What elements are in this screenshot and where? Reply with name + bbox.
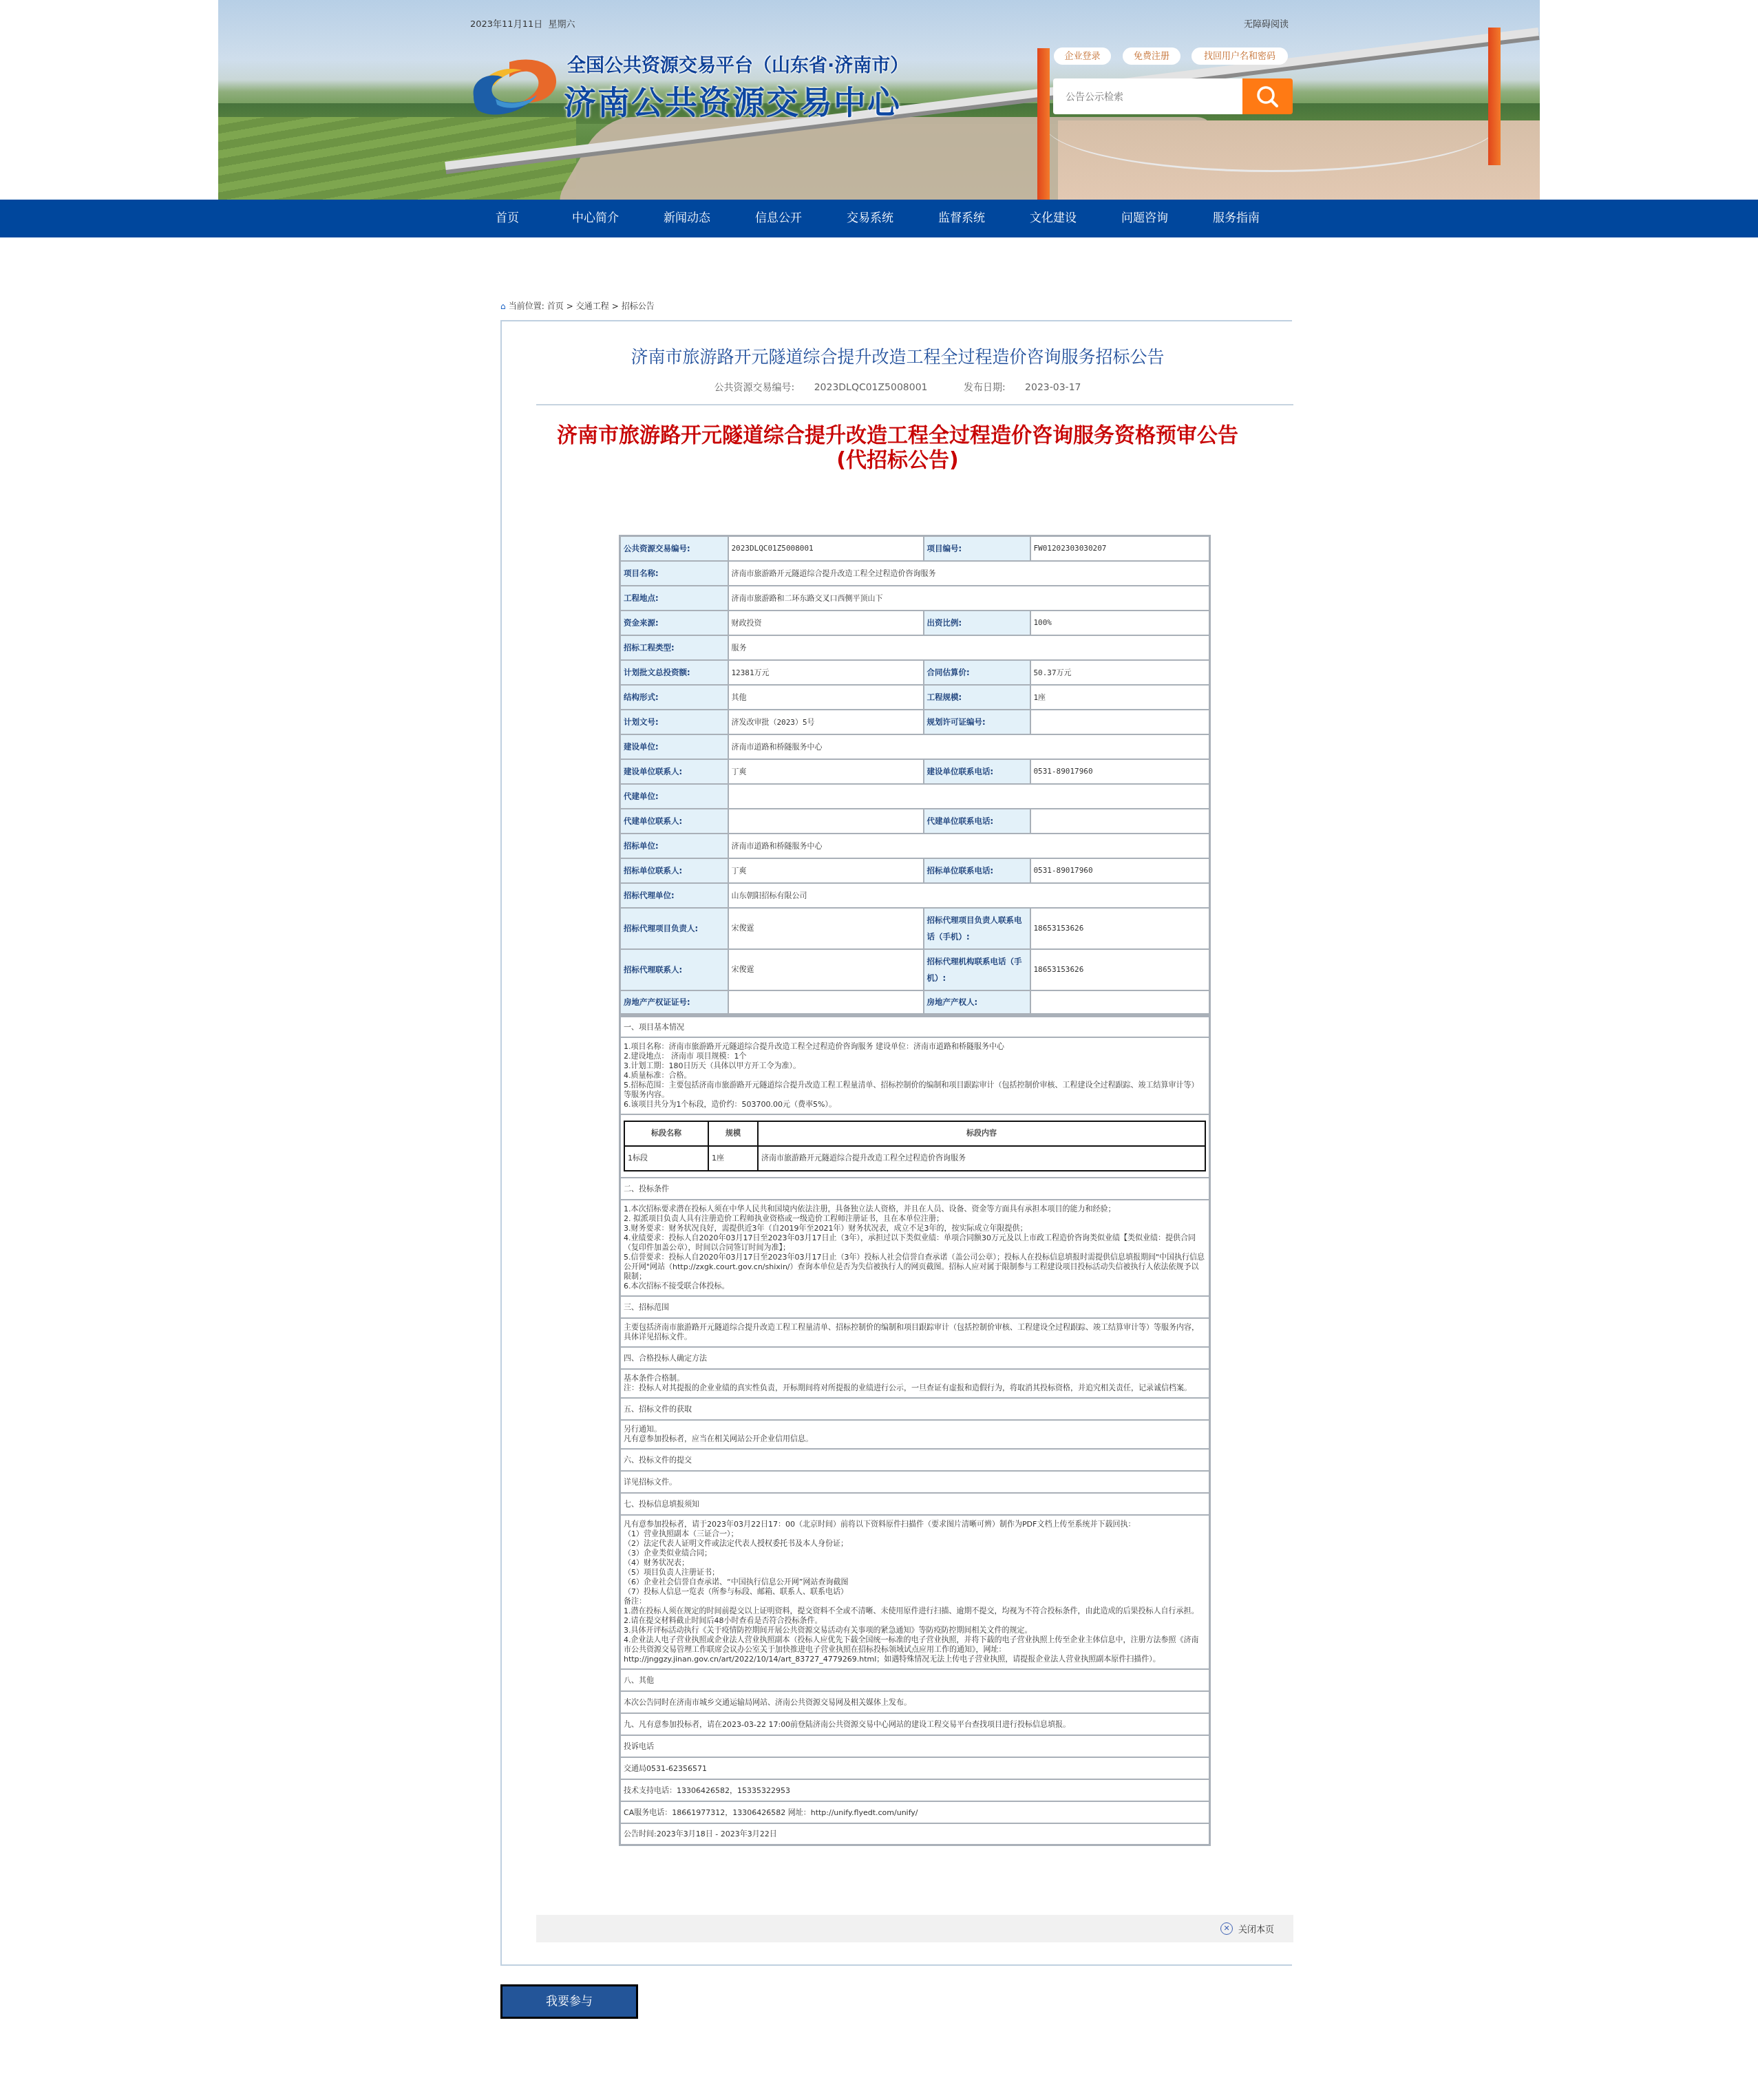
section-title: 八、其他 bbox=[620, 1669, 1210, 1691]
body-line: 4.质量标准：合格。 bbox=[624, 1071, 1206, 1081]
section-title: 四、合格投标人确定方法 bbox=[620, 1347, 1210, 1369]
lot-name: 1标段 bbox=[624, 1146, 708, 1171]
table-row: 技术支持电话：13306426582，15335322953 bbox=[620, 1779, 1210, 1801]
lots-header-row: 标段名称 规模 标段内容 bbox=[624, 1121, 1205, 1146]
breadcrumb-separator: > bbox=[612, 301, 619, 311]
search-button[interactable] bbox=[1242, 78, 1293, 114]
field-value: 济南市旅游路和二环东路交叉口西侧平顶山下 bbox=[728, 586, 1210, 611]
field-label: 房地产产权证证号: bbox=[620, 990, 728, 1015]
body-line: 6.本次招标不接受联合体投标。 bbox=[624, 1282, 1206, 1291]
field-value: 济南市道路和桥隧服务中心 bbox=[728, 734, 1210, 759]
field-value: 服务 bbox=[728, 635, 1210, 660]
field-value: 丁爽 bbox=[728, 858, 924, 883]
publish-date-label: 发布日期: bbox=[964, 382, 1006, 393]
body-line: 2.建设地点： 济南市 项目规模：1个 bbox=[624, 1052, 1206, 1061]
table-row: CA服务电话：18661977312，13306426582 网址：http:/… bbox=[620, 1801, 1210, 1823]
field-value: 0531-89017960 bbox=[1030, 759, 1210, 784]
field-value bbox=[1030, 809, 1210, 834]
title-divider bbox=[536, 404, 1293, 405]
field-value bbox=[728, 784, 1210, 809]
field-label: 代建单位: bbox=[620, 784, 728, 809]
trade-no-value: 2023DLQC01Z5008001 bbox=[814, 382, 928, 393]
table-row: 交通局0531-62356571 bbox=[620, 1757, 1210, 1779]
body-line: （4）财务状况表； bbox=[624, 1558, 1206, 1568]
body-line: 基本条件合格制。 bbox=[624, 1374, 1206, 1383]
field-label: 建设单位联系电话: bbox=[924, 759, 1030, 784]
document-title-line2: (代招标公告) bbox=[529, 448, 1266, 473]
nav-item-service-guide[interactable]: 服务指南 bbox=[1213, 200, 1260, 237]
lots-header: 规模 bbox=[708, 1121, 758, 1146]
body-line: 4.业绩要求：投标人自2020年03月17日至2023年03月17日止（3年），… bbox=[624, 1233, 1206, 1253]
section-body: 主要包括济南市旅游路开元隧道综合提升改造工程工程量清单、招标控制价的编制和项目跟… bbox=[620, 1318, 1210, 1347]
body-line: （5）项目负责人注册证书； bbox=[624, 1568, 1206, 1578]
table-row: 建设单位: 济南市道路和桥隧服务中心 bbox=[620, 734, 1210, 759]
body-line: 凡有意参加投标者，应当在相关网站公开企业信用信息。 bbox=[624, 1434, 1206, 1444]
free-register-link[interactable]: 免费注册 bbox=[1123, 47, 1180, 65]
field-label: 招标单位联系人: bbox=[620, 858, 728, 883]
section-body: 凡有意参加投标者，请于2023年03月22日17：00（北京时间）前将以下资料原… bbox=[620, 1515, 1210, 1669]
table-row: 公告时间:2023年3月18日 - 2023年3月22日 bbox=[620, 1823, 1210, 1845]
platform-name: 全国公共资源交易平台（山东省·济南市） bbox=[567, 50, 909, 77]
breadcrumb-separator: > bbox=[566, 301, 573, 311]
body-line: （6）企业社会信誉自查承诺、“中国执行信息公开网”网站查询截图 bbox=[624, 1578, 1206, 1587]
section-title: 六、投标文件的提交 bbox=[620, 1449, 1210, 1471]
breadcrumb-prefix: 当前位置: bbox=[509, 300, 544, 312]
field-value: 济南市道路和桥隧服务中心 bbox=[728, 834, 1210, 858]
section-title: 九、凡有意参加投标者，请在2023-03-22 17:00前登陆济南公共资源交易… bbox=[620, 1713, 1210, 1735]
body-line: 6.该项目共分为1个标段，造价约：503700.00元（费率5%）。 bbox=[624, 1100, 1206, 1110]
center-name: 济南公共资源交易中心 bbox=[564, 77, 901, 123]
lots-table: 标段名称 规模 标段内容 1标段 1座 济南市旅游路开元隧道综合提升改造工程全过… bbox=[624, 1121, 1206, 1171]
banner-bridge-tower bbox=[1488, 28, 1501, 165]
section-body: 1.项目名称：济南市旅游路开元隧道综合提升改造工程全过程造价咨询服务 建设单位：… bbox=[620, 1037, 1210, 1114]
field-label: 代建单位联系电话: bbox=[924, 809, 1030, 834]
field-label: 出资比例: bbox=[924, 611, 1030, 635]
section-heading-row: 四、合格投标人确定方法 bbox=[620, 1347, 1210, 1369]
field-label: 项目编号: bbox=[924, 536, 1030, 561]
section-title: 三、招标范围 bbox=[620, 1296, 1210, 1318]
lot-scale: 1座 bbox=[708, 1146, 758, 1171]
nav-item-supervision-system[interactable]: 监督系统 bbox=[938, 200, 985, 237]
field-label: 招标代理项目负责人联系电话（手机）: bbox=[924, 908, 1030, 949]
field-value bbox=[728, 809, 924, 834]
section-body-row: 基本条件合格制。 注：投标人对其提报的企业业绩的真实性负责，开标期间将对所提报的… bbox=[620, 1369, 1210, 1398]
body-line: 另行通知。 bbox=[624, 1425, 1206, 1434]
body-line: 2.请在提交材料截止时间后48小时查看是否符合投标条件。 bbox=[624, 1616, 1206, 1626]
table-row: 代建单位联系人: 代建单位联系电话: bbox=[620, 809, 1210, 834]
field-value bbox=[1030, 990, 1210, 1015]
field-label: 工程规模: bbox=[924, 685, 1030, 710]
section-body: 详见招标文件。 bbox=[620, 1471, 1210, 1493]
section-heading-row: 六、投标文件的提交 bbox=[620, 1449, 1210, 1471]
section-body-row: 1.本次招标要求潜在投标人须在中华人民共和国境内依法注册，具备独立法人资格，并且… bbox=[620, 1200, 1210, 1296]
section-body-row: 本次公告同时在济南市城乡交通运输局网站、济南公共资源交易网及相关媒体上发布。 bbox=[620, 1691, 1210, 1713]
lots-row: 标段名称 规模 标段内容 1标段 1座 济南市旅游路开元隧道综合提升改造工程全过… bbox=[620, 1114, 1210, 1178]
lots-header: 标段名称 bbox=[624, 1121, 708, 1146]
breadcrumb-home[interactable]: 首页 bbox=[547, 300, 564, 312]
participate-button[interactable]: 我要参与 bbox=[500, 1984, 638, 2019]
accessibility-link[interactable]: 无障碍阅读 bbox=[1244, 17, 1289, 30]
field-value: 18653153626 bbox=[1030, 949, 1210, 990]
field-value: 济南市旅游路开元隧道综合提升改造工程全过程造价咨询服务 bbox=[728, 561, 1210, 586]
table-row: 招标代理单位: 山东朝阳招标有限公司 bbox=[620, 883, 1210, 908]
field-value: 其他 bbox=[728, 685, 924, 710]
ca-service-info: CA服务电话：18661977312，13306426582 网址：http:/… bbox=[620, 1801, 1210, 1823]
banner-bridge-tower bbox=[1037, 48, 1050, 200]
field-label: 招标单位联系电话: bbox=[924, 858, 1030, 883]
field-value: 12381万元 bbox=[728, 660, 924, 685]
project-info-table: 公共资源交易编号: 2023DLQC01Z5008001 项目编号: FW012… bbox=[619, 535, 1211, 1846]
body-line: 3.计划工期：180日历天（具体以甲方开工令为准）。 bbox=[624, 1061, 1206, 1071]
lots-cell: 标段名称 规模 标段内容 1标段 1座 济南市旅游路开元隧道综合提升改造工程全过… bbox=[620, 1114, 1210, 1178]
section-body-row: 另行通知。 凡有意参加投标者，应当在相关网站公开企业信用信息。 bbox=[620, 1420, 1210, 1449]
date-text: 2023年11月11日 bbox=[470, 19, 542, 30]
field-value: FW01202303030207 bbox=[1030, 536, 1210, 561]
field-label: 计划批文总投资额: bbox=[620, 660, 728, 685]
field-value: 济发改审批（2023）5号 bbox=[728, 710, 924, 734]
field-label: 招标代理机构联系电话（手机）: bbox=[924, 949, 1030, 990]
section-body-row: 主要包括济南市旅游路开元隧道综合提升改造工程工程量清单、招标控制价的编制和项目跟… bbox=[620, 1318, 1210, 1347]
field-label: 项目名称: bbox=[620, 561, 728, 586]
field-label: 计划文号: bbox=[620, 710, 728, 734]
field-label: 招标代理单位: bbox=[620, 883, 728, 908]
table-row: 招标单位联系人: 丁爽 招标单位联系电话: 0531-89017960 bbox=[620, 858, 1210, 883]
field-label: 资金来源: bbox=[620, 611, 728, 635]
table-row: 公共资源交易编号: 2023DLQC01Z5008001 项目编号: FW012… bbox=[620, 536, 1210, 561]
section-body-row: 详见招标文件。 bbox=[620, 1471, 1210, 1493]
body-line: 3.具体开评标活动执行《关于疫情防控期间开展公共资源交易活动有关事项的紧急通知》… bbox=[624, 1626, 1206, 1635]
field-label: 公共资源交易编号: bbox=[620, 536, 728, 561]
nav-item-trading-system[interactable]: 交易系统 bbox=[847, 200, 893, 237]
table-row: 房地产产权证证号: 房地产产权人: bbox=[620, 990, 1210, 1015]
body-line: 5.招标范围：主要包括济南市旅游路开元隧道综合提升改造工程工程量清单、招标控制价… bbox=[624, 1081, 1206, 1100]
complaint-phone: 交通局0531-62356571 bbox=[620, 1757, 1210, 1779]
publish-date-value: 2023-03-17 bbox=[1025, 382, 1081, 393]
home-icon: ⌂ bbox=[500, 301, 506, 311]
document-title: 济南市旅游路开元隧道综合提升改造工程全过程造价咨询服务资格预审公告 (代招标公告… bbox=[529, 423, 1266, 473]
field-label: 建设单位联系人: bbox=[620, 759, 728, 784]
field-label: 招标单位: bbox=[620, 834, 728, 858]
center-logo-icon bbox=[468, 56, 564, 118]
field-value: 18653153626 bbox=[1030, 908, 1210, 949]
body-line: 1.项目名称：济南市旅游路开元隧道综合提升改造工程全过程造价咨询服务 建设单位：… bbox=[624, 1042, 1206, 1052]
article-container: 济南市旅游路开元隧道综合提升改造工程全过程造价咨询服务招标公告 公共资源交易编号… bbox=[500, 320, 1292, 1966]
article-title: 济南市旅游路开元隧道综合提升改造工程全过程造价咨询服务招标公告 bbox=[502, 343, 1293, 368]
section-title: 投诉电话 bbox=[620, 1735, 1210, 1757]
notice-period: 公告时间:2023年3月18日 - 2023年3月22日 bbox=[620, 1823, 1210, 1845]
recover-account-link[interactable]: 找回用户名和密码 bbox=[1192, 47, 1288, 65]
field-value bbox=[1030, 710, 1210, 734]
table-row: 招标工程类型: 服务 bbox=[620, 635, 1210, 660]
nav-item-consultation[interactable]: 问题咨询 bbox=[1121, 200, 1168, 237]
body-line: 1.潜在投标人须在规定的时间前提交以上证明资料，提交资料不全或不清晰、未使用原件… bbox=[624, 1606, 1206, 1616]
field-value: 财政投资 bbox=[728, 611, 924, 635]
table-row: 计划文号: 济发改审批（2023）5号 规划许可证编号: bbox=[620, 710, 1210, 734]
field-label: 招标代理联系人: bbox=[620, 949, 728, 990]
table-row: 招标代理项目负责人: 宋俊霆 招标代理项目负责人联系电话（手机）: 186531… bbox=[620, 908, 1210, 949]
field-value: 宋俊霆 bbox=[728, 908, 924, 949]
field-value: 2023DLQC01Z5008001 bbox=[728, 536, 924, 561]
body-line: 1.本次招标要求潜在投标人须在中华人民共和国境内依法注册，具备独立法人资格，并且… bbox=[624, 1205, 1206, 1214]
field-value: 0531-89017960 bbox=[1030, 858, 1210, 883]
breadcrumb: ⌂ 当前位置: 首页 > 交通工程 > 招标公告 bbox=[500, 300, 655, 312]
field-value: 山东朝阳招标有限公司 bbox=[728, 883, 1210, 908]
section-body: 另行通知。 凡有意参加投标者，应当在相关网站公开企业信用信息。 bbox=[620, 1420, 1210, 1449]
close-bar: ✕ 关闭本页 bbox=[536, 1915, 1293, 1942]
field-value: 50.37万元 bbox=[1030, 660, 1210, 685]
table-row: 1标段 1座 济南市旅游路开元隧道综合提升改造工程全过程造价咨询服务 bbox=[624, 1146, 1205, 1171]
field-label: 工程地点: bbox=[620, 586, 728, 611]
table-row: 资金来源: 财政投资 出资比例: 100% bbox=[620, 611, 1210, 635]
table-row: 结构形式: 其他 工程规模: 1座 bbox=[620, 685, 1210, 710]
table-row: 招标代理联系人: 宋俊霆 招标代理机构联系电话（手机）: 18653153626 bbox=[620, 949, 1210, 990]
body-line: （3）企业类似业绩合同； bbox=[624, 1549, 1206, 1558]
body-line: （1）营业执照副本（三证合一）； bbox=[624, 1529, 1206, 1539]
section-title: 五、招标文件的获取 bbox=[620, 1398, 1210, 1420]
section-title: 二、投标条件 bbox=[620, 1178, 1210, 1200]
nav-item-news[interactable]: 新闻动态 bbox=[664, 200, 710, 237]
trade-no-label: 公共资源交易编号: bbox=[714, 382, 795, 393]
section-heading-row: 七、投标信息填报须知 bbox=[620, 1493, 1210, 1515]
section-heading-row: 九、凡有意参加投标者，请在2023-03-22 17:00前登陆济南公共资源交易… bbox=[620, 1713, 1210, 1735]
field-value: 丁爽 bbox=[728, 759, 924, 784]
section-body: 1.本次招标要求潜在投标人须在中华人民共和国境内依法注册，具备独立法人资格，并且… bbox=[620, 1200, 1210, 1296]
lot-content: 济南市旅游路开元隧道综合提升改造工程全过程造价咨询服务 bbox=[758, 1146, 1205, 1171]
body-line: 备注： bbox=[624, 1597, 1206, 1606]
close-icon: ✕ bbox=[1220, 1922, 1233, 1935]
body-line: 3.财务要求：财务状况良好，需提供近3年（自2019年至2021年）财务状况表，… bbox=[624, 1224, 1206, 1233]
section-heading-row: 二、投标条件 bbox=[620, 1178, 1210, 1200]
field-value bbox=[728, 990, 924, 1015]
tech-support-phone: 技术支持电话：13306426582，15335322953 bbox=[620, 1779, 1210, 1801]
table-row: 招标单位: 济南市道路和桥隧服务中心 bbox=[620, 834, 1210, 858]
body-line: 4.企业法人电子营业执照或企业法人营业执照副本（投标人应优先下载全国统一标准的电… bbox=[624, 1635, 1206, 1664]
section-title: 七、投标信息填报须知 bbox=[620, 1493, 1210, 1515]
breadcrumb-tender-notice[interactable]: 招标公告 bbox=[622, 300, 655, 312]
nav-item-about[interactable]: 中心简介 bbox=[572, 200, 619, 237]
body-line: （7）投标人信息一览表（所参与标段、邮箱、联系人、联系电话） bbox=[624, 1587, 1206, 1597]
field-value: 1座 bbox=[1030, 685, 1210, 710]
field-label: 结构形式: bbox=[620, 685, 728, 710]
weekday-text: 星期六 bbox=[548, 19, 575, 30]
field-label: 合同估算价: bbox=[924, 660, 1030, 685]
section-body: 基本条件合格制。 注：投标人对其提报的企业业绩的真实性负责，开标期间将对所提报的… bbox=[620, 1369, 1210, 1398]
document-title-line1: 济南市旅游路开元隧道综合提升改造工程全过程造价咨询服务资格预审公告 bbox=[529, 423, 1266, 448]
body-line: 2. 拟派项目负责人具有注册造价工程师执业资格或一级造价工程师注册证书，且在本单… bbox=[624, 1214, 1206, 1224]
nav-item-home[interactable]: 首页 bbox=[496, 200, 519, 237]
field-value: 100% bbox=[1030, 611, 1210, 635]
nav-item-info-disclosure[interactable]: 信息公开 bbox=[755, 200, 802, 237]
body-line: 注：投标人对其提报的企业业绩的真实性负责，开标期间将对所提报的业绩进行公示，一旦… bbox=[624, 1383, 1206, 1393]
section-heading-row: 八、其他 bbox=[620, 1669, 1210, 1691]
section-heading-row: 三、招标范围 bbox=[620, 1296, 1210, 1318]
close-page-button[interactable]: ✕ 关闭本页 bbox=[1220, 1922, 1274, 1935]
notice-search-input[interactable] bbox=[1053, 78, 1243, 114]
body-line: 主要包括济南市旅游路开元隧道综合提升改造工程工程量清单、招标控制价的编制和项目跟… bbox=[624, 1323, 1206, 1342]
table-row: 工程地点: 济南市旅游路和二环东路交叉口西侧平顶山下 bbox=[620, 586, 1210, 611]
enterprise-login-link[interactable]: 企业登录 bbox=[1054, 47, 1111, 65]
main-nav: 首页 中心简介 新闻动态 信息公开 交易系统 监督系统 文化建设 问题咨询 服务… bbox=[0, 200, 1758, 237]
field-label: 建设单位: bbox=[620, 734, 728, 759]
current-date: 2023年11月11日 星期六 bbox=[470, 17, 575, 30]
table-row: 项目名称: 济南市旅游路开元隧道综合提升改造工程全过程造价咨询服务 bbox=[620, 561, 1210, 586]
section-body-row: 1.项目名称：济南市旅游路开元隧道综合提升改造工程全过程造价咨询服务 建设单位：… bbox=[620, 1037, 1210, 1114]
nav-item-culture[interactable]: 文化建设 bbox=[1030, 200, 1077, 237]
section-heading-row: 五、招标文件的获取 bbox=[620, 1398, 1210, 1420]
article-meta: 公共资源交易编号: 2023DLQC01Z5008001 发布日期: 2023-… bbox=[502, 380, 1293, 394]
body-line: （2）法定代表人证明文件或法定代表人授权委托书及本人身份证； bbox=[624, 1539, 1206, 1549]
field-value: 宋俊霆 bbox=[728, 949, 924, 990]
body-line: 凡有意参加投标者，请于2023年03月22日17：00（北京时间）前将以下资料原… bbox=[624, 1520, 1206, 1529]
section-title: 一、项目基本情况 bbox=[620, 1015, 1210, 1037]
body-line: 5.信誉要求：投标人自2020年03月17日至2023年03月17日止（3年）投… bbox=[624, 1253, 1206, 1282]
field-label: 房地产产权人: bbox=[924, 990, 1030, 1015]
table-row: 建设单位联系人: 丁爽 建设单位联系电话: 0531-89017960 bbox=[620, 759, 1210, 784]
section-heading-row: 一、项目基本情况 bbox=[620, 1015, 1210, 1037]
field-label: 规划许可证编号: bbox=[924, 710, 1030, 734]
section-body: 本次公告同时在济南市城乡交通运输局网站、济南公共资源交易网及相关媒体上发布。 bbox=[620, 1691, 1210, 1713]
lots-header: 标段内容 bbox=[758, 1121, 1205, 1146]
search-icon bbox=[1242, 78, 1293, 114]
field-label: 代建单位联系人: bbox=[620, 809, 728, 834]
field-label: 招标代理项目负责人: bbox=[620, 908, 728, 949]
breadcrumb-traffic-engineering[interactable]: 交通工程 bbox=[576, 300, 609, 312]
table-row: 代建单位: bbox=[620, 784, 1210, 809]
table-row: 计划批文总投资额: 12381万元 合同估算价: 50.37万元 bbox=[620, 660, 1210, 685]
section-heading-row: 投诉电话 bbox=[620, 1735, 1210, 1757]
field-label: 招标工程类型: bbox=[620, 635, 728, 660]
close-page-label: 关闭本页 bbox=[1238, 1922, 1274, 1935]
section-body-row: 凡有意参加投标者，请于2023年03月22日17：00（北京时间）前将以下资料原… bbox=[620, 1515, 1210, 1669]
